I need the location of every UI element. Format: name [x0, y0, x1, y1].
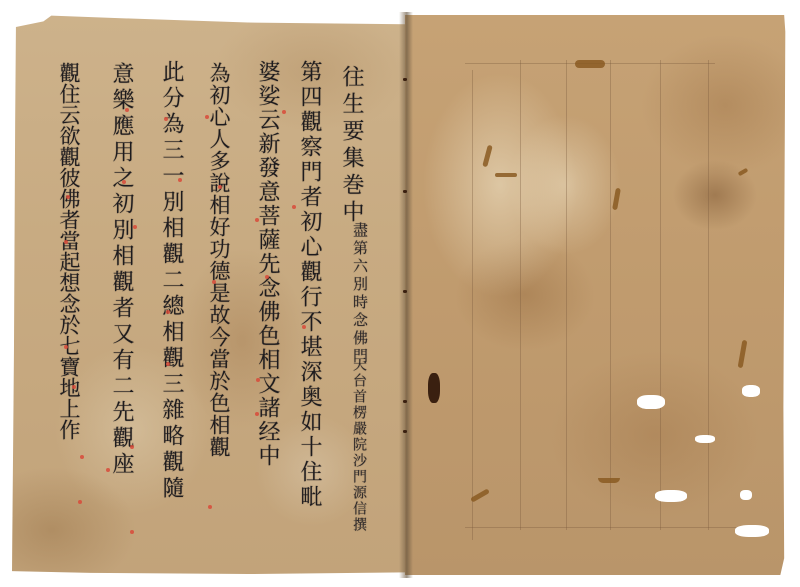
- red-mark: [302, 325, 306, 329]
- text-column: 第四觀察門者初心觀行不堪深奥如十住毗: [298, 60, 320, 510]
- red-mark: [256, 378, 260, 382]
- worm-hole: [428, 373, 440, 403]
- right-page: [405, 15, 788, 575]
- red-mark: [133, 225, 137, 229]
- red-mark: [205, 115, 209, 119]
- red-mark: [265, 275, 269, 279]
- author-line: 天台首楞嚴院沙門源信撰: [352, 357, 366, 533]
- red-mark: [178, 178, 182, 182]
- red-mark: [78, 500, 82, 504]
- worm-hole: [655, 490, 687, 502]
- red-mark: [130, 445, 134, 449]
- book-spine: [399, 12, 413, 578]
- red-mark: [255, 412, 259, 416]
- text-column: 婆娑云新發意菩薩先念佛色相文諸经中: [256, 60, 278, 468]
- worm-hole: [742, 385, 760, 397]
- text-column: 此分為三一別相觀二總相觀三雜略觀隨: [160, 60, 182, 502]
- title-text: 往生要集巻中: [340, 65, 362, 227]
- red-mark: [125, 108, 129, 112]
- red-mark: [130, 530, 134, 534]
- red-mark: [106, 468, 110, 472]
- red-mark: [72, 385, 76, 389]
- red-mark: [64, 345, 68, 349]
- red-mark: [66, 195, 70, 199]
- text-column: 觀住云欲觀彼佛者當起想念於七寶地上作: [58, 62, 79, 440]
- red-mark: [122, 180, 126, 184]
- worm-hole: [637, 395, 665, 409]
- text-column: 意樂應用之初別相觀者又有二先觀座: [110, 62, 132, 478]
- ruled-line: [660, 60, 661, 530]
- worm-hole: [740, 490, 752, 500]
- red-mark: [212, 280, 216, 284]
- red-mark: [166, 310, 170, 314]
- ruled-line: [465, 527, 755, 528]
- chapter-subtitle: 盡第六別時念佛門: [352, 222, 367, 366]
- ruled-line: [566, 60, 567, 530]
- red-mark: [166, 362, 170, 366]
- red-mark: [64, 240, 68, 244]
- worm-hole: [735, 525, 769, 537]
- worm-trail: [598, 478, 620, 483]
- red-mark: [218, 185, 222, 189]
- red-mark: [80, 455, 84, 459]
- ruled-line: [610, 60, 611, 530]
- red-mark: [282, 110, 286, 114]
- worm-hole: [695, 435, 715, 443]
- worm-trail: [575, 60, 605, 68]
- binding-hole: [403, 400, 407, 403]
- ruled-line: [472, 70, 473, 540]
- ruled-line: [520, 60, 521, 530]
- worm-trail: [495, 173, 517, 177]
- red-mark: [255, 218, 259, 222]
- manuscript-spread: 往生要集巻中 盡第六別時念佛門 天台首楞嚴院沙門源信撰 第四觀察門者初心觀行不堪…: [0, 0, 800, 587]
- red-mark: [208, 505, 212, 509]
- red-mark: [164, 117, 168, 121]
- binding-hole: [403, 78, 407, 81]
- ruled-line: [708, 60, 709, 530]
- binding-hole: [403, 430, 407, 433]
- binding-hole: [403, 190, 407, 193]
- text-column: 為初心人多說相好功德是故今當於色相觀: [208, 62, 229, 458]
- red-mark: [292, 205, 296, 209]
- binding-hole: [403, 290, 407, 293]
